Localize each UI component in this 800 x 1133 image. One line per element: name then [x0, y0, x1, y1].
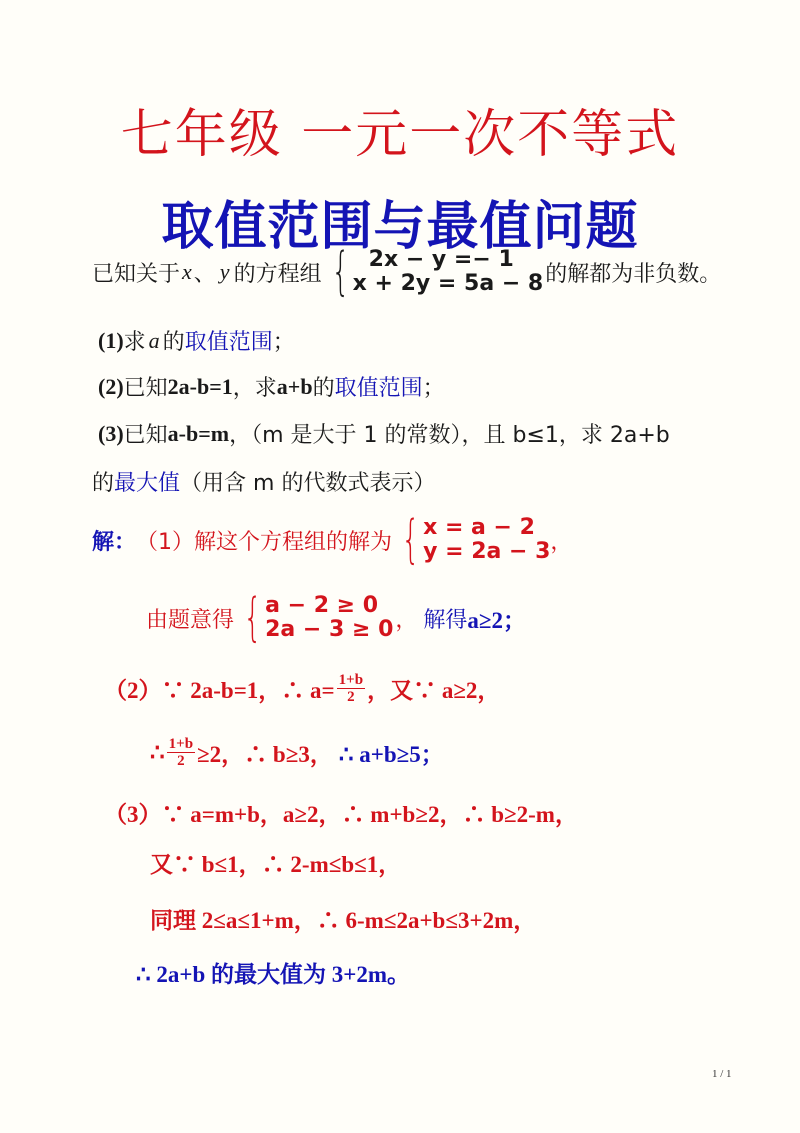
- q2-label: (2): [98, 374, 124, 400]
- equation-system: { 2x − y =− 1 x + 2y = 5a − 8: [324, 246, 544, 298]
- solution-y: y = 2a − 3: [423, 540, 550, 564]
- s2b-part2: ≥2，∴ b≥3，: [197, 736, 333, 769]
- title-grade-topic: 七年级 一元一次不等式: [0, 92, 800, 167]
- q1-label: (1): [98, 328, 124, 354]
- question-2: (2) 已知 2a-b=1 ，求 a+b 的 取值范围 ；: [98, 371, 445, 402]
- var-y: y: [220, 259, 230, 285]
- s1b-prefix: 由题意得: [146, 603, 234, 634]
- fraction-numerator: 1+b: [337, 672, 365, 689]
- q3-highlight: 最大值: [114, 466, 180, 497]
- solution-part3a: （3）∵ a=m+b，a≥2，∴ m+b≥2，∴ b≥2-m，: [104, 796, 578, 829]
- problem-intro: 已知关于 x 、 y 的方程组 { 2x − y =− 1 x + 2y = 5…: [92, 246, 721, 298]
- solution-part3d: ∴ 2a+b 的最大值为 3+2m。: [136, 956, 410, 989]
- q1-end: ；: [273, 325, 295, 356]
- q1-text2: 的: [163, 325, 185, 356]
- q3-text2: ，（m 是大于 1 的常数），且 b≤1，求 2a+b: [229, 418, 670, 449]
- solution-part3c: 同理 2≤a≤1+m，∴ 6-m≤2a+b≤3+2m，: [150, 902, 536, 935]
- q3-text: 已知: [124, 418, 168, 449]
- left-brace-icon: {: [401, 514, 419, 566]
- equation-2: x + 2y = 5a − 8: [353, 272, 544, 296]
- s2a-part1: （2）∵ 2a-b=1，∴ a=: [104, 672, 335, 705]
- solution-part1b: 由题意得 { a − 2 ≥ 0 2a − 3 ≥ 0 ， 解得 a≥2；: [146, 592, 526, 644]
- left-brace-icon: {: [331, 246, 349, 298]
- q3-expr1: a-b=m: [168, 421, 229, 447]
- fraction-numerator: 1+b: [167, 736, 195, 753]
- equation-1: 2x − y =− 1: [353, 248, 544, 272]
- fraction-denominator: 2: [347, 689, 355, 705]
- intro-mid: 的方程组: [234, 257, 322, 288]
- sep: 、: [194, 257, 216, 288]
- q1-var: a: [149, 328, 160, 354]
- solution-part2b: ∴ 1+b 2 ≥2，∴ b≥3， ∴ a+b≥5；: [150, 736, 444, 769]
- solution-part1: 解： （1）解这个方程组的解为 { x = a − 2 y = 2a − 3 ，: [92, 514, 572, 566]
- q2-expr2: a+b: [277, 374, 313, 400]
- s2b-part1: ∴: [150, 740, 165, 766]
- q3-line2-suffix: （用含 m 的代数式表示）: [180, 466, 435, 497]
- q2-end: ；: [423, 371, 445, 402]
- fraction-denominator: 2: [177, 753, 185, 769]
- s1-suffix: ，: [550, 525, 572, 556]
- q2-highlight: 取值范围: [335, 371, 423, 402]
- s1b-result: a≥2；: [467, 602, 526, 635]
- solution-system: { x = a − 2 y = 2a − 3: [394, 514, 550, 566]
- s3d: ∴ 2a+b 的最大值为 3+2m。: [136, 956, 410, 989]
- s1b-result-text: 解得: [423, 603, 467, 634]
- intro-prefix: 已知关于: [92, 257, 180, 288]
- inequality-2: 2a − 3 ≥ 0: [265, 618, 393, 642]
- system-lines: 2x − y =− 1 x + 2y = 5a − 8: [353, 248, 544, 296]
- s3c: 同理 2≤a≤1+m，∴ 6-m≤2a+b≤3+2m，: [150, 902, 536, 935]
- q3-line2-prefix: 的: [92, 466, 114, 497]
- system-lines: a − 2 ≥ 0 2a − 3 ≥ 0: [265, 594, 393, 642]
- q2-text2: ，求: [233, 371, 277, 402]
- s3a: （3）∵ a=m+b，a≥2，∴ m+b≥2，∴ b≥2-m，: [104, 796, 578, 829]
- fraction: 1+b 2: [337, 672, 365, 705]
- q2-text: 已知: [124, 371, 168, 402]
- left-brace-icon: {: [243, 592, 261, 644]
- intro-suffix: 的解都为非负数。: [545, 257, 721, 288]
- s1b-comma: ，: [395, 603, 417, 634]
- question-1: (1) 求 a 的 取值范围 ；: [98, 325, 295, 356]
- question-3-line2: 的 最大值 （用含 m 的代数式表示）: [92, 466, 435, 497]
- s2a-part2: ，又∵ a≥2，: [367, 672, 500, 705]
- system-lines: x = a − 2 y = 2a − 3: [423, 516, 550, 564]
- solution-part3b: 又∵ b≤1，∴ 2-m≤b≤1，: [150, 846, 401, 879]
- s3b: 又∵ b≤1，∴ 2-m≤b≤1，: [150, 846, 401, 879]
- page-number: 1 / 1: [712, 1068, 732, 1080]
- fraction: 1+b 2: [167, 736, 195, 769]
- question-3-line1: (3) 已知 a-b=m ，（m 是大于 1 的常数），且 b≤1，求 2a+b: [98, 418, 670, 449]
- var-x: x: [182, 259, 192, 285]
- q3-label: (3): [98, 421, 124, 447]
- s2b-result: ∴ a+b≥5；: [339, 736, 444, 769]
- solution-part2a: （2）∵ 2a-b=1，∴ a= 1+b 2 ，又∵ a≥2，: [104, 672, 500, 705]
- solution-x: x = a − 2: [423, 516, 550, 540]
- inequality-system: { a − 2 ≥ 0 2a − 3 ≥ 0: [236, 592, 393, 644]
- q1-highlight: 取值范围: [185, 325, 273, 356]
- inequality-1: a − 2 ≥ 0: [265, 594, 393, 618]
- q1-text: 求: [124, 325, 146, 356]
- q2-expr1: 2a-b=1: [168, 374, 233, 400]
- s1-prefix: （1）解这个方程组的解为: [136, 525, 392, 556]
- solution-label: 解：: [92, 525, 136, 556]
- q2-text3: 的: [313, 371, 335, 402]
